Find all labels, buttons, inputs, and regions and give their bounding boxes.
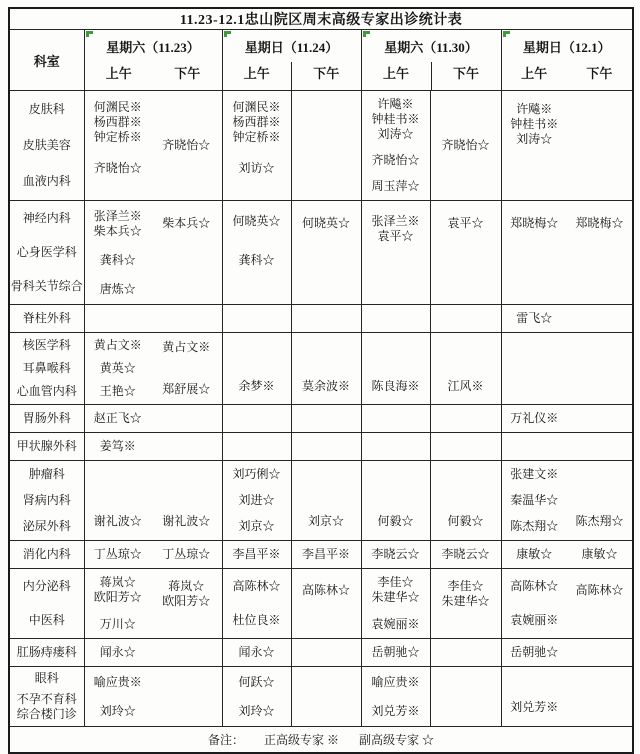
- expert-name: 郑晓梅☆: [567, 216, 632, 231]
- header-row: 科室 星期六（11.23） 上午下午 星期日（11.24） 上午下午 星期六（1…: [9, 30, 633, 91]
- table-row: 甲状腺外科姜笃※: [9, 433, 633, 461]
- expert-name: 康敏☆: [502, 547, 568, 562]
- schedule-cell: 陈杰翔☆: [567, 461, 633, 541]
- expert-name: 刘京☆: [292, 514, 361, 529]
- dept-cell: 眼科不孕不育科综合楼门诊: [9, 667, 84, 727]
- expert-name: 刘巧俐☆: [223, 467, 291, 482]
- expert-name: 袁平☆: [431, 216, 501, 231]
- pm-label: 下午: [291, 62, 361, 90]
- expert-name: 李昌平※: [223, 547, 291, 562]
- schedule-cell: [567, 639, 633, 667]
- table-row: 胃肠外科赵正飞☆万礼仪※: [9, 405, 633, 433]
- dept-cell: 内分泌科中医科: [9, 569, 84, 639]
- schedule-cell: [222, 405, 291, 433]
- schedule-cell: [291, 305, 361, 333]
- schedule-cell: 齐晓怡☆: [430, 91, 501, 201]
- expert-name: 陈杰翔☆: [502, 519, 568, 534]
- schedule-cell: 袁平☆: [430, 201, 501, 305]
- expert-name: 蒋岚☆: [151, 579, 222, 594]
- dept-cell: 核医学科耳鼻喉科心血管内科: [9, 333, 84, 405]
- expert-name: 朱建华☆: [431, 594, 501, 609]
- expert-name: 刘进☆: [223, 493, 291, 508]
- expert-name: 齐晓怡☆: [431, 138, 501, 153]
- schedule-cell: 何毅☆: [430, 461, 501, 541]
- schedule-cell: 蒋岚☆欧阳芳☆万川☆: [84, 569, 151, 639]
- schedule-cell: [430, 405, 501, 433]
- dept-cell: 神经内科心身医学科骨科关节综合: [9, 201, 84, 305]
- am-label: 上午: [85, 62, 154, 90]
- schedule-cell: [361, 405, 430, 433]
- legend-row: 备注：正高级专家 ※副高级专家 ☆: [9, 727, 633, 753]
- dept-name: 泌尿外科: [10, 519, 84, 534]
- expert-name: 钟桂书※: [362, 112, 430, 127]
- dept-name: 骨科关节综合: [10, 279, 84, 294]
- dept-name: 眼科: [10, 671, 84, 686]
- dept-name: 消化内科: [10, 547, 84, 562]
- pm-label: 下午: [567, 62, 632, 90]
- day-label: 星期六（11.30）: [362, 30, 501, 62]
- expert-name: 黄占文※: [151, 340, 222, 355]
- expert-name: 许飚※: [502, 102, 568, 117]
- schedule-cell: 郑晓梅☆: [567, 201, 633, 305]
- expert-name: 江风※: [431, 379, 501, 394]
- day-label: 星期日（12.1）: [502, 30, 633, 62]
- schedule-cell: [501, 333, 567, 405]
- dept-cell: 甲状腺外科: [9, 433, 84, 461]
- expert-name: 柴本兵☆: [151, 216, 222, 231]
- page-title: 11.23-12.1忠山院区周末高级专家出诊统计表: [9, 8, 633, 30]
- expert-name: 秦温华☆: [502, 493, 568, 508]
- legend-note-label: 备注：: [208, 733, 244, 747]
- expert-name: 齐晓怡☆: [85, 161, 152, 176]
- schedule-cell: 姜笃※: [84, 433, 151, 461]
- schedule-cell: 喻应贵※刘兑芳※: [361, 667, 430, 727]
- expert-name: 唐炼☆: [85, 282, 152, 297]
- table-row: 核医学科耳鼻喉科心血管内科黄占文※黄英☆王艳☆黄占文※郑舒展☆余梦※莫余波※陈良…: [9, 333, 633, 405]
- schedule-cell: 张建文※秦温华☆陈杰翔☆: [501, 461, 567, 541]
- schedule-cell: [151, 667, 222, 727]
- day-label: 星期日（11.24）: [223, 30, 361, 62]
- expert-name: 高陈林☆: [502, 579, 568, 594]
- schedule-cell: 李晓云☆: [361, 541, 430, 569]
- expert-name: 刘涛☆: [502, 132, 568, 147]
- expert-name: 黄英☆: [85, 361, 152, 376]
- expert-name: 康敏☆: [567, 547, 632, 562]
- expert-name: 李晓云☆: [431, 547, 501, 562]
- table-row: 肛肠痔瘘科闻永☆闻永☆岳朝驰☆岳朝驰☆: [9, 639, 633, 667]
- schedule-cell: [291, 405, 361, 433]
- expert-name: 袁平☆: [362, 229, 430, 244]
- expert-name: 钟定桥※: [85, 130, 152, 145]
- table-row: 神经内科心身医学科骨科关节综合张泽兰※柴本兵☆龚科☆唐炼☆柴本兵☆何晓英☆龚科☆…: [9, 201, 633, 305]
- schedule-cell: 赵正飞☆: [84, 405, 151, 433]
- schedule-cell: 闻永☆: [84, 639, 151, 667]
- expert-name: 杜位良※: [223, 613, 291, 628]
- expert-name: 刘京☆: [223, 519, 291, 534]
- schedule-cell: [567, 667, 633, 727]
- expert-name: 陈杰翔☆: [567, 514, 632, 529]
- schedule-cell: [430, 639, 501, 667]
- expert-name: 许飚※: [362, 97, 430, 112]
- expert-name: 欧阳芳☆: [85, 590, 152, 605]
- day-header-sun-1201: 星期日（12.1） 上午下午: [501, 30, 633, 91]
- expert-name: 万礼仪※: [502, 411, 568, 426]
- expert-name: 余梦※: [223, 379, 291, 394]
- table-row: 消化内科丁丛琼☆丁丛琼☆李昌平※李昌平※李晓云☆李晓云☆康敏☆康敏☆: [9, 541, 633, 569]
- schedule-cell: 莫余波※: [291, 333, 361, 405]
- expert-name: 莫余波※: [292, 379, 361, 394]
- schedule-cell: 何晓英☆龚科☆: [222, 201, 291, 305]
- schedule-cell: [430, 433, 501, 461]
- expert-name: 杨西群※: [85, 115, 152, 130]
- expert-name: 王艳☆: [85, 384, 152, 399]
- dept-name: 血液内科: [10, 174, 84, 189]
- table-row: 脊柱外科雷飞☆: [9, 305, 633, 333]
- expert-name: 朱建华☆: [362, 590, 430, 605]
- schedule-cell: 陈良海※: [361, 333, 430, 405]
- schedule-cell: 江风※: [430, 333, 501, 405]
- schedule-cell: [501, 433, 567, 461]
- schedule-cell: 何渊民※杨西群※钟定桥※刘访☆: [222, 91, 291, 201]
- expert-name: 丁丛琼☆: [151, 547, 222, 562]
- schedule-cell: [291, 433, 361, 461]
- expert-name: 刘涛☆: [362, 127, 430, 142]
- schedule-cell: 刘京☆: [291, 461, 361, 541]
- schedule-cell: [222, 305, 291, 333]
- schedule-cell: 何毅☆: [361, 461, 430, 541]
- schedule-cell: 许飚※钟桂书※刘涛☆齐晓怡☆周玉萍☆: [361, 91, 430, 201]
- expert-name: 陈良海※: [362, 379, 430, 394]
- dept-cell: 皮肤科皮肤美容血液内科: [9, 91, 84, 201]
- dept-name: 中医科: [10, 613, 84, 628]
- schedule-cell: [151, 639, 222, 667]
- table-row: 眼科不孕不育科综合楼门诊喻应贵※刘玲☆何跃☆刘玲☆喻应贵※刘兑芳※刘兑芳※: [9, 667, 633, 727]
- schedule-cell: 李昌平※: [222, 541, 291, 569]
- dept-name: 肛肠痔瘘科: [10, 645, 84, 660]
- expert-name: 万川☆: [85, 617, 152, 632]
- expert-name: 齐晓怡☆: [151, 138, 222, 153]
- schedule-cell: 黄占文※郑舒展☆: [151, 333, 222, 405]
- dept-name: 神经内科: [10, 211, 84, 226]
- dept-cell: 脊柱外科: [9, 305, 84, 333]
- expert-name: 刘玲☆: [223, 704, 291, 719]
- schedule-cell: [567, 333, 633, 405]
- legend-senior-expert: 正高级专家 ※: [264, 733, 339, 747]
- schedule-cell: 高陈林☆: [567, 569, 633, 639]
- expert-name: 刘兑芳※: [502, 700, 568, 715]
- schedule-cell: 岳朝驰☆: [501, 639, 567, 667]
- day-header-sun-1124: 星期日（11.24） 上午下午: [222, 30, 361, 91]
- schedule-cell: 李昌平※: [291, 541, 361, 569]
- expert-name: 柴本兵☆: [85, 224, 152, 239]
- expert-name: 张泽兰※: [362, 214, 430, 229]
- expert-name: 谢礼波☆: [85, 514, 152, 529]
- expert-name: 姜笃※: [85, 439, 152, 454]
- schedule-cell: 高陈林☆杜位良※: [222, 569, 291, 639]
- expert-name: 龚科☆: [85, 253, 152, 268]
- schedule-cell: 许飚※钟桂书※刘涛☆: [501, 91, 567, 201]
- expert-name: 雷飞☆: [502, 311, 568, 326]
- expert-name: 齐晓怡☆: [362, 153, 430, 168]
- schedule-cell: [430, 667, 501, 727]
- schedule-cell: [430, 305, 501, 333]
- schedule-cell: 康敏☆: [567, 541, 633, 569]
- schedule-cell: [567, 305, 633, 333]
- expert-name: 李昌平※: [292, 547, 361, 562]
- schedule-cell: 何渊民※杨西群※钟定桥※齐晓怡☆: [84, 91, 151, 201]
- expert-name: 李佳☆: [362, 575, 430, 590]
- expert-name: 高陈林☆: [567, 583, 632, 598]
- schedule-cell: 黄占文※黄英☆王艳☆: [84, 333, 151, 405]
- schedule-cell: [361, 433, 430, 461]
- schedule-cell: 张泽兰※柴本兵☆龚科☆唐炼☆: [84, 201, 151, 305]
- expert-name: 何毅☆: [431, 514, 501, 529]
- dept-name: 心血管内科: [10, 384, 84, 399]
- schedule-cell: 岳朝驰☆: [361, 639, 430, 667]
- expert-name: 刘访☆: [223, 161, 291, 176]
- schedule-cell: 高陈林☆: [291, 569, 361, 639]
- dept-name: 脊柱外科: [10, 311, 84, 326]
- expert-name: 龚科☆: [223, 253, 291, 268]
- dept-name: 内分泌科: [10, 579, 84, 594]
- expert-name: 李佳☆: [431, 579, 501, 594]
- schedule-cell: 康敏☆: [501, 541, 567, 569]
- schedule-cell: 刘巧俐☆刘进☆刘京☆: [222, 461, 291, 541]
- expert-name: 钟桂书※: [502, 117, 568, 132]
- legend-deputy-expert: 副高级专家 ☆: [359, 733, 434, 747]
- expert-name: 喻应贵※: [362, 675, 430, 690]
- schedule-cell: 张泽兰※袁平☆: [361, 201, 430, 305]
- schedule-cell: [222, 433, 291, 461]
- schedule-cell: 闻永☆: [222, 639, 291, 667]
- table-row: 皮肤科皮肤美容血液内科何渊民※杨西群※钟定桥※齐晓怡☆齐晓怡☆何渊民※杨西群※钟…: [9, 91, 633, 201]
- dept-name: 胃肠外科: [10, 411, 84, 426]
- pm-label: 下午: [153, 62, 222, 90]
- schedule-cell: [151, 305, 222, 333]
- expert-name: 何晓英☆: [223, 214, 291, 229]
- schedule-cell: 丁丛琼☆: [151, 541, 222, 569]
- expert-name: 何跃☆: [223, 675, 291, 690]
- dept-name: 耳鼻喉科: [10, 361, 84, 376]
- schedule-cell: 谢礼波☆: [84, 461, 151, 541]
- expert-name: 何毅☆: [362, 514, 430, 529]
- expert-name: 杨西群※: [223, 115, 291, 130]
- expert-name: 何渊民※: [223, 100, 291, 115]
- schedule-body: 皮肤科皮肤美容血液内科何渊民※杨西群※钟定桥※齐晓怡☆齐晓怡☆何渊民※杨西群※钟…: [9, 91, 633, 727]
- expert-name: 刘玲☆: [85, 704, 152, 719]
- day-header-sat-1130: 星期六（11.30） 上午下午: [361, 30, 501, 91]
- dept-name: 皮肤科: [10, 102, 84, 117]
- expert-name: 闻永☆: [85, 645, 152, 660]
- schedule-cell: 喻应贵※刘玲☆: [84, 667, 151, 727]
- expert-name: 岳朝驰☆: [502, 645, 568, 660]
- expert-name: 喻应贵※: [85, 675, 152, 690]
- schedule-cell: 何跃☆刘玲☆: [222, 667, 291, 727]
- expert-name: 高陈林☆: [223, 579, 291, 594]
- schedule-cell: 柴本兵☆: [151, 201, 222, 305]
- schedule-cell: 何晓英☆: [291, 201, 361, 305]
- legend: 备注：正高级专家 ※副高级专家 ☆: [9, 727, 633, 753]
- schedule-cell: [567, 91, 633, 201]
- schedule-cell: 李佳☆朱建华☆袁婉丽※: [361, 569, 430, 639]
- expert-name: 闻永☆: [223, 645, 291, 660]
- schedule-cell: [291, 91, 361, 201]
- schedule-cell: 高陈林☆袁婉丽※: [501, 569, 567, 639]
- expert-name: 郑舒展☆: [151, 382, 222, 397]
- expert-name: 何渊民※: [85, 100, 152, 115]
- dept-cell: 消化内科: [9, 541, 84, 569]
- expert-name: 蒋岚☆: [85, 575, 152, 590]
- schedule-cell: 蒋岚☆欧阳芳☆: [151, 569, 222, 639]
- schedule-table: 11.23-12.1忠山院区周末高级专家出诊统计表 科室 星期六（11.23） …: [8, 7, 634, 754]
- expert-name: 周玉萍☆: [362, 179, 430, 194]
- schedule-cell: [567, 405, 633, 433]
- day-header-sat-1123: 星期六（11.23） 上午下午: [84, 30, 222, 91]
- schedule-cell: 余梦※: [222, 333, 291, 405]
- dept-name: 皮肤美容: [10, 138, 84, 153]
- schedule-cell: 李晓云☆: [430, 541, 501, 569]
- expert-name: 李晓云☆: [362, 547, 430, 562]
- expert-name: 刘兑芳※: [362, 704, 430, 719]
- schedule-cell: [151, 433, 222, 461]
- dept-name: 不孕不育科: [10, 692, 84, 707]
- title-row: 11.23-12.1忠山院区周末高级专家出诊统计表: [9, 8, 633, 30]
- expert-name: 丁丛琼☆: [85, 547, 152, 562]
- expert-name: 何晓英☆: [292, 216, 361, 231]
- schedule-cell: 谢礼波☆: [151, 461, 222, 541]
- schedule-cell: 万礼仪※: [501, 405, 567, 433]
- schedule-cell: [567, 433, 633, 461]
- expert-name: 郑晓梅☆: [502, 216, 568, 231]
- schedule-cell: 丁丛琼☆: [84, 541, 151, 569]
- am-label: 上午: [362, 62, 431, 90]
- expert-name: 欧阳芳☆: [151, 594, 222, 609]
- dept-cell: 胃肠外科: [9, 405, 84, 433]
- expert-name: 赵正飞☆: [85, 411, 152, 426]
- expert-name: 钟定桥※: [223, 130, 291, 145]
- expert-name: 袁婉丽※: [502, 613, 568, 628]
- expert-name: 张建文※: [502, 467, 568, 482]
- dept-cell: 肿瘤科肾病内科泌尿外科: [9, 461, 84, 541]
- expert-name: 谢礼波☆: [151, 514, 222, 529]
- expert-name: 黄占文※: [85, 338, 152, 353]
- pm-label: 下午: [431, 62, 501, 90]
- schedule-cell: [291, 639, 361, 667]
- dept-name: 核医学科: [10, 338, 84, 353]
- schedule-cell: 雷飞☆: [501, 305, 567, 333]
- expert-name: 岳朝驰☆: [362, 645, 430, 660]
- am-label: 上午: [223, 62, 292, 90]
- expert-name: 袁婉丽※: [362, 617, 430, 632]
- table-row: 肿瘤科肾病内科泌尿外科谢礼波☆谢礼波☆刘巧俐☆刘进☆刘京☆刘京☆何毅☆何毅☆张建…: [9, 461, 633, 541]
- schedule-cell: [151, 405, 222, 433]
- dept-name: 心身医学科: [10, 245, 84, 260]
- scanned-schedule-page: 11.23-12.1忠山院区周末高级专家出诊统计表 科室 星期六（11.23） …: [0, 0, 640, 753]
- dept-cell: 肛肠痔瘘科: [9, 639, 84, 667]
- dept-name: 肿瘤科: [10, 467, 84, 482]
- schedule-cell: [291, 667, 361, 727]
- dept-column-header: 科室: [9, 30, 84, 91]
- expert-name: 高陈林☆: [292, 583, 361, 598]
- schedule-cell: [84, 305, 151, 333]
- schedule-cell: 李佳☆朱建华☆: [430, 569, 501, 639]
- dept-name: 肾病内科: [10, 493, 84, 508]
- dept-name: 甲状腺外科: [10, 439, 84, 454]
- schedule-cell: 郑晓梅☆: [501, 201, 567, 305]
- dept-name: 综合楼门诊: [10, 707, 84, 722]
- am-label: 上午: [502, 62, 567, 90]
- schedule-cell: 刘兑芳※: [501, 667, 567, 727]
- expert-name: 张泽兰※: [85, 209, 152, 224]
- schedule-cell: 齐晓怡☆: [151, 91, 222, 201]
- table-row: 内分泌科中医科蒋岚☆欧阳芳☆万川☆蒋岚☆欧阳芳☆高陈林☆杜位良※高陈林☆李佳☆朱…: [9, 569, 633, 639]
- day-label: 星期六（11.23）: [85, 30, 222, 62]
- schedule-cell: [361, 305, 430, 333]
